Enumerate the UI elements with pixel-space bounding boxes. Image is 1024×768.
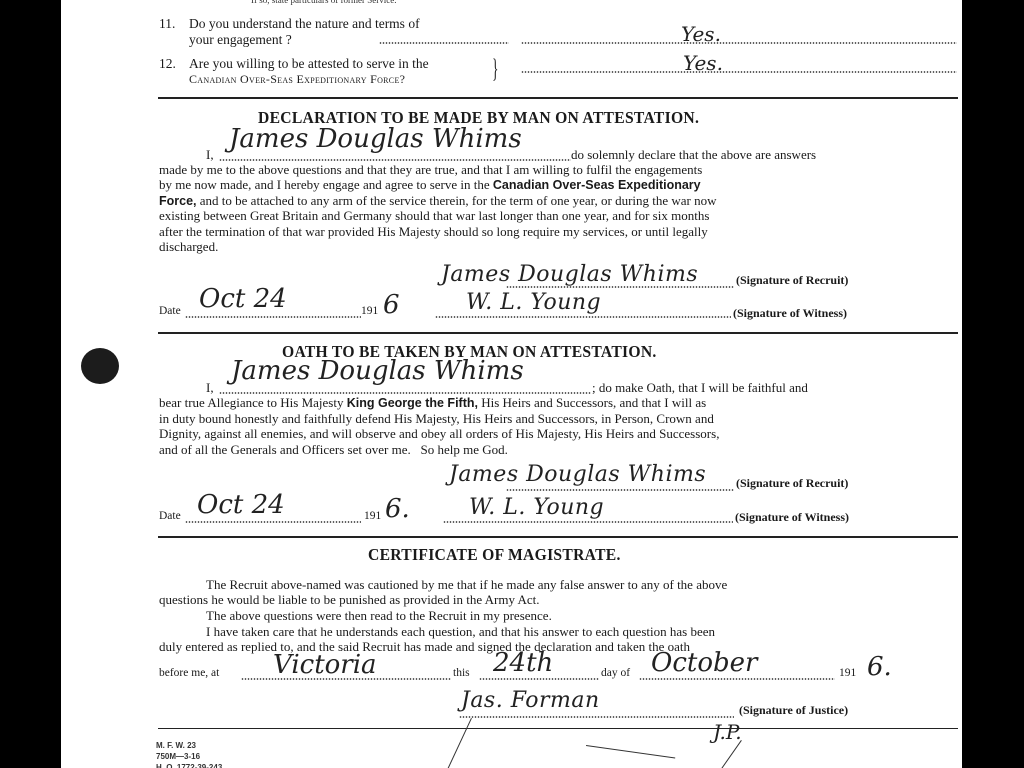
force-name-bold: Force, bbox=[159, 194, 197, 208]
place-handwritten: Victoria bbox=[273, 650, 377, 680]
month-line bbox=[639, 678, 835, 680]
certificate-text: The Recruit above-named was cautioned by… bbox=[206, 577, 727, 593]
question-text-line2: your engagement ? bbox=[189, 32, 292, 47]
certificate-text: I have taken care that he understands ea… bbox=[206, 624, 715, 640]
witness-signature-label: (Signature of Witness) bbox=[733, 306, 847, 321]
oath-text: ; do make Oath, that I will be faithful … bbox=[592, 380, 808, 396]
name-line bbox=[219, 159, 571, 161]
declaration-text: do solemnly declare that the above are a… bbox=[571, 147, 816, 163]
year-prefix: 191 bbox=[364, 510, 381, 522]
declaration-name-handwritten: James Douglas Whims bbox=[229, 124, 522, 154]
question-text-line1: Do you understand the nature and terms o… bbox=[189, 16, 420, 31]
form-codes: M. F. W. 23 750M—3-16 H. Q. 1772-39-243 bbox=[156, 740, 222, 768]
witness-signature-line bbox=[435, 316, 731, 318]
jp-mark-handwritten: J.P. bbox=[713, 720, 742, 744]
form-code: H. Q. 1772-39-243 bbox=[156, 762, 222, 768]
day-line bbox=[479, 678, 599, 680]
witness-signature-label: (Signature of Witness) bbox=[735, 510, 849, 525]
year-prefix: 191 bbox=[839, 667, 856, 679]
brace: } bbox=[492, 56, 498, 82]
declaration-text-part: by me now made, and I hereby engage and … bbox=[159, 177, 490, 192]
declaration-text: after the termination of that war provid… bbox=[159, 224, 708, 240]
question-12: 12. Are you willing to be attested to se… bbox=[159, 56, 509, 88]
pen-stroke bbox=[586, 745, 675, 759]
pen-stroke bbox=[718, 740, 742, 768]
certificate-text: questions he would be liable to be punis… bbox=[159, 592, 540, 608]
month-handwritten: October bbox=[651, 648, 757, 678]
attestation-paper-page: If so, state particulars of former Servi… bbox=[61, 0, 962, 768]
king-name-bold: King George the Fifth, bbox=[347, 396, 478, 410]
question-text-line1: Are you willing to be attested to serve … bbox=[189, 56, 429, 71]
certificate-text: The above questions were then read to th… bbox=[206, 608, 552, 624]
date-label: Date bbox=[159, 510, 181, 522]
recruit-signature-label: (Signature of Recruit) bbox=[736, 476, 848, 491]
recruit-signature-handwritten: James Douglas Whims bbox=[441, 262, 698, 287]
year-suffix-handwritten: 6. bbox=[385, 494, 410, 524]
section-divider bbox=[158, 332, 958, 334]
section-divider bbox=[158, 728, 958, 729]
question-text-line2: Canadian Over-Seas Expeditionary Force? bbox=[189, 72, 405, 87]
date-label: Date bbox=[159, 305, 181, 317]
declaration-text-part: and to be attached to any arm of the ser… bbox=[200, 193, 717, 208]
year-suffix-handwritten: 6. bbox=[867, 652, 892, 682]
force-name-bold: Canadian Over-Seas Expeditionary bbox=[493, 178, 701, 192]
answer-line-11 bbox=[521, 42, 957, 44]
declaration-prefix: I, bbox=[206, 147, 214, 163]
question-number: 12. bbox=[159, 56, 176, 71]
year-suffix-handwritten: 6 bbox=[383, 290, 400, 320]
justice-signature-handwritten: Jas. Forman bbox=[461, 688, 600, 713]
punch-hole bbox=[81, 348, 119, 384]
oath-text: and of all the Generals and Officers set… bbox=[159, 442, 508, 458]
date-line bbox=[185, 521, 361, 523]
justice-signature-label: (Signature of Justice) bbox=[739, 703, 848, 718]
oath-text-part: bear true Allegiance to His Majesty bbox=[159, 395, 343, 410]
date-line bbox=[185, 316, 361, 318]
oath-name-handwritten: James Douglas Whims bbox=[231, 356, 524, 386]
justice-signature-line bbox=[459, 716, 734, 718]
answer-11-handwritten: Yes. bbox=[681, 22, 721, 46]
oath-prefix: I, bbox=[206, 380, 214, 396]
day-of-label: day of bbox=[601, 667, 630, 679]
former-service-note: If so, state particulars of former Servi… bbox=[251, 0, 396, 5]
year-prefix: 191 bbox=[361, 305, 378, 317]
recruit-signature-handwritten: James Douglas Whims bbox=[449, 462, 706, 487]
form-code: M. F. W. 23 bbox=[156, 740, 222, 751]
declaration-text: made by me to the above questions and th… bbox=[159, 162, 702, 178]
place-label: before me, at bbox=[159, 667, 219, 679]
oath-text-part: His Heirs and Successors, and that I wil… bbox=[481, 395, 706, 410]
form-code: 750M—3-16 bbox=[156, 751, 222, 762]
declaration-text: discharged. bbox=[159, 239, 218, 255]
date-handwritten: Oct 24 bbox=[199, 284, 287, 314]
answer-12-handwritten: Yes. bbox=[683, 51, 723, 75]
witness-signature-handwritten: W. L. Young bbox=[469, 495, 604, 520]
declaration-text: existing between Great Britain and Germa… bbox=[159, 208, 709, 224]
pen-stroke bbox=[446, 718, 472, 768]
declaration-text: by me now made, and I hereby engage and … bbox=[159, 177, 701, 194]
oath-text: Dignity, against all enemies, and will o… bbox=[159, 426, 719, 442]
oath-text: in duty bound honestly and faithfully de… bbox=[159, 411, 714, 427]
name-line bbox=[219, 392, 591, 394]
witness-signature-line bbox=[443, 521, 733, 523]
answer-line-12 bbox=[521, 71, 957, 73]
section-divider bbox=[158, 536, 958, 538]
this-label: this bbox=[453, 667, 470, 679]
recruit-signature-label: (Signature of Recruit) bbox=[736, 273, 848, 288]
witness-signature-handwritten: W. L. Young bbox=[466, 290, 601, 315]
certificate-heading: CERTIFICATE OF MAGISTRATE. bbox=[368, 545, 621, 565]
question-number: 11. bbox=[159, 16, 175, 31]
oath-text: bear true Allegiance to His Majesty King… bbox=[159, 395, 706, 412]
certificate-text: duly entered as replied to, and the said… bbox=[159, 639, 690, 655]
date-handwritten: Oct 24 bbox=[197, 490, 285, 520]
section-divider bbox=[158, 97, 958, 99]
recruit-signature-line bbox=[506, 489, 734, 491]
dotted-leader bbox=[379, 42, 509, 44]
day-handwritten: 24th bbox=[493, 648, 553, 678]
